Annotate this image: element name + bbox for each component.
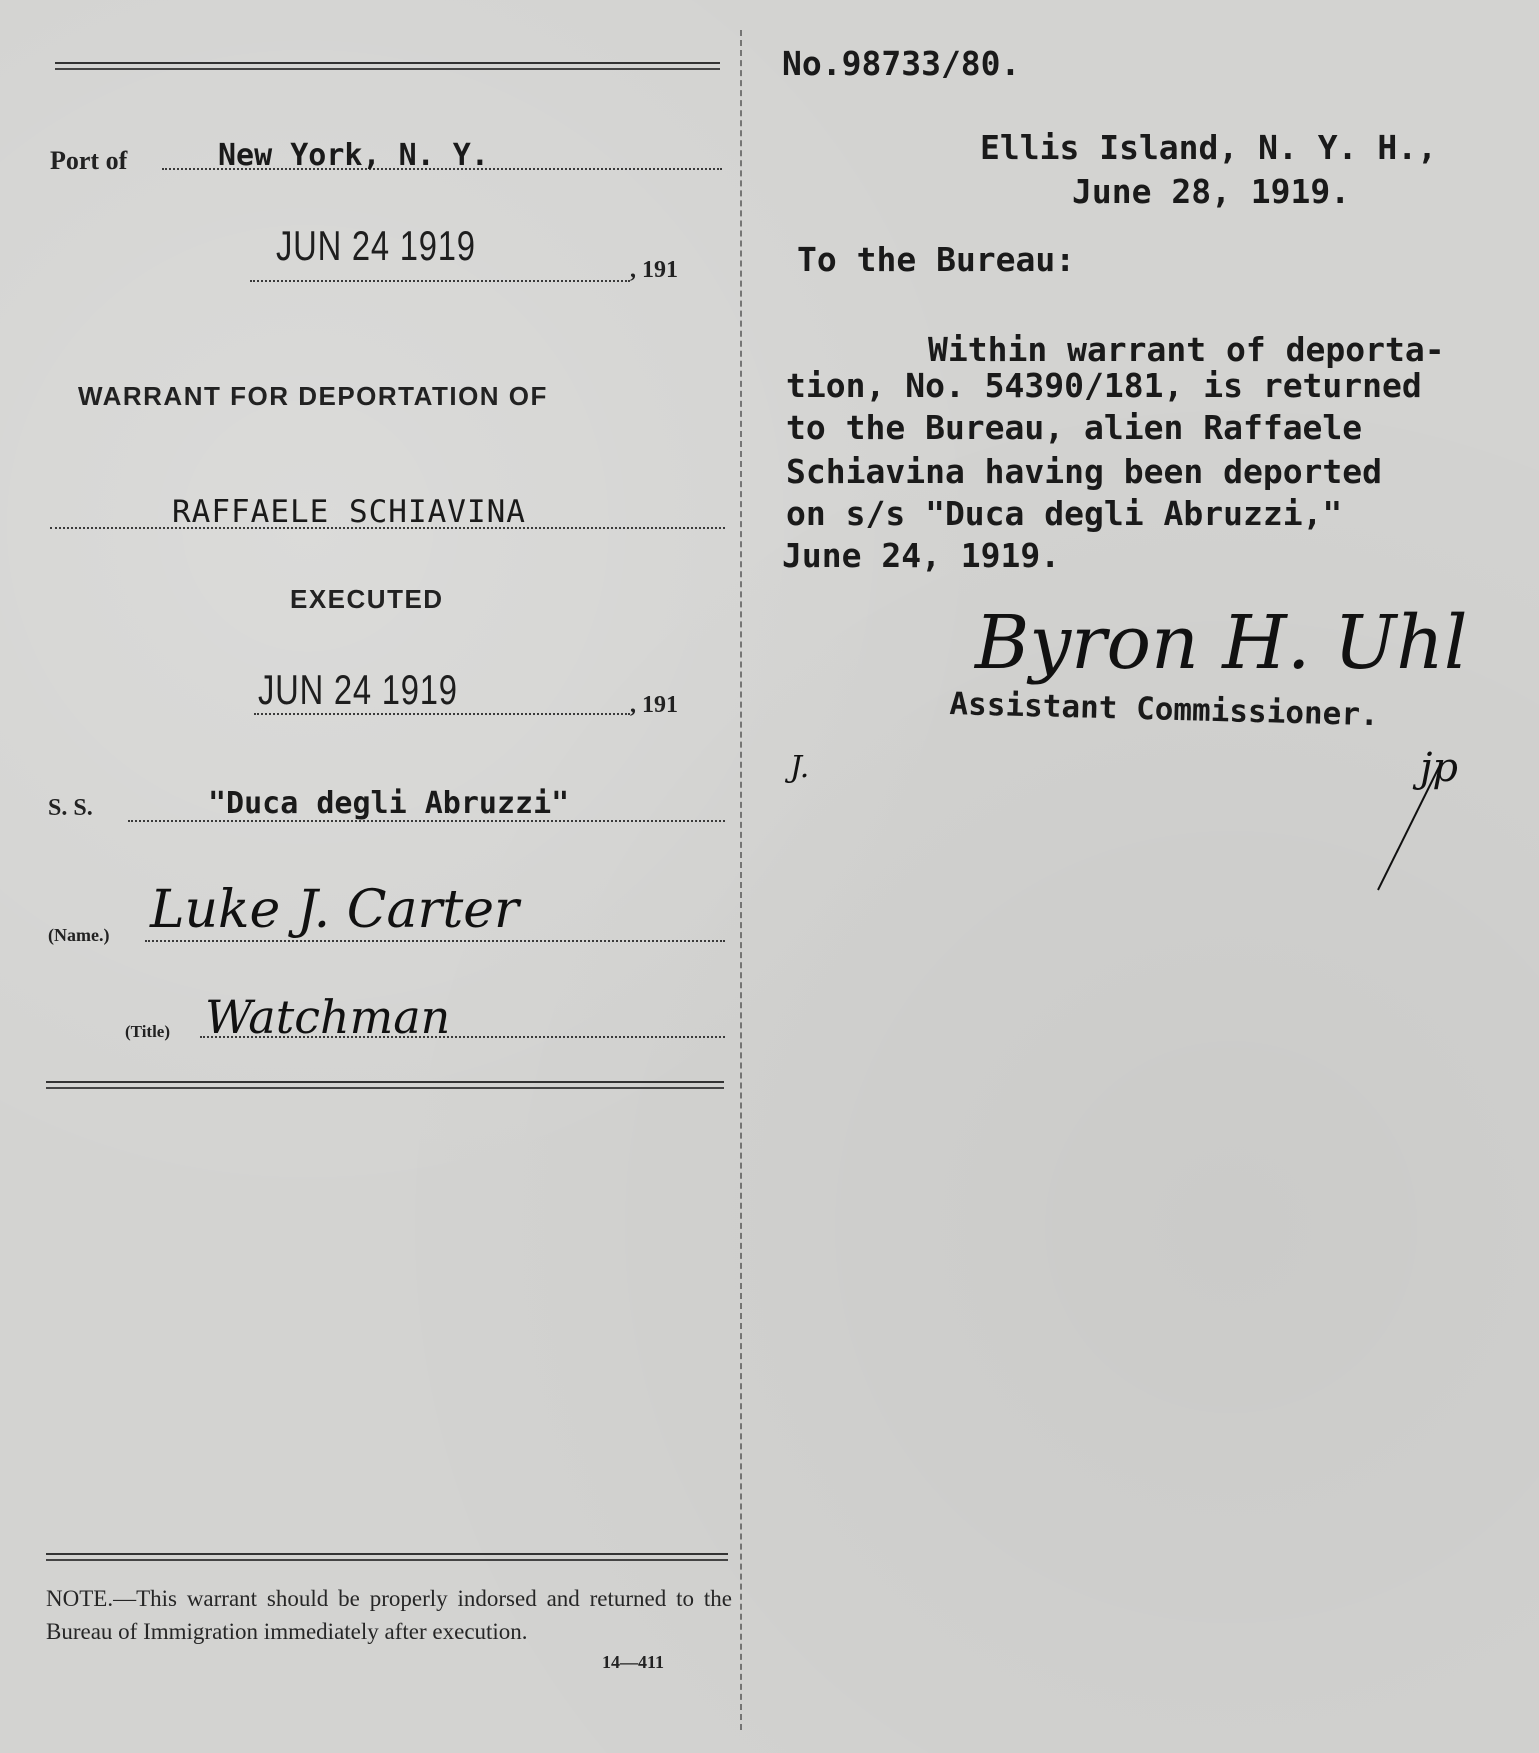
ss-label: S. S. [48,795,93,822]
title-signature: Watchman [205,990,450,1044]
middle-double-rule [46,1081,724,1083]
executed-label: EXECUTED [290,584,444,615]
ss-value: "Duca degli Abruzzi" [208,786,569,821]
date-field-line-1 [250,280,630,282]
date-stamp-executed: JUN 24 1919 [258,666,458,714]
body-line-3: to the Bureau, alien Raffaele [786,408,1362,447]
year-prefix-2: , 191 [630,692,678,719]
warrant-note: NOTE.—This warrant should be properly in… [46,1582,732,1648]
date-stamp-received: JUN 24 1919 [276,222,476,270]
page-fold-line [740,30,742,1730]
body-line-4: Schiavina having been deported [786,452,1382,491]
salutation: To the Bureau: [797,240,1075,279]
title-label: (Title) [125,1022,170,1042]
initials-flourish [1370,760,1450,900]
signer-title: Assistant Commissioner. [949,686,1379,733]
top-double-rule [55,62,720,64]
file-number: No.98733/80. [782,44,1020,83]
name-label: (Name.) [48,925,109,946]
date-field-line-2 [254,713,630,715]
body-line-5: on s/s "Duca degli Abruzzi," [786,494,1342,533]
letter-date: June 28, 1919. [1072,172,1350,211]
name-field-line [145,940,725,942]
commissioner-signature: Byron H. Uhl [975,600,1468,686]
bottom-double-rule [46,1553,728,1555]
alien-name: RAFFAELE SCHIAVINA [172,494,526,530]
port-value: New York, N. Y. [218,138,489,173]
body-line-2: tion, No. 54390/181, is returned [786,366,1422,405]
body-line-1: Within warrant of deporta- [928,330,1445,369]
form-number: 14—411 [602,1652,664,1673]
body-line-6: June 24, 1919. [782,536,1060,575]
letter-location: Ellis Island, N. Y. H., [980,128,1437,167]
year-prefix-1: , 191 [630,257,678,284]
margin-initial: J. [790,750,809,785]
name-signature: Luke J. Carter [150,880,519,940]
port-label: Port of [50,146,127,176]
warrant-heading: WARRANT FOR DEPORTATION OF [78,381,548,412]
